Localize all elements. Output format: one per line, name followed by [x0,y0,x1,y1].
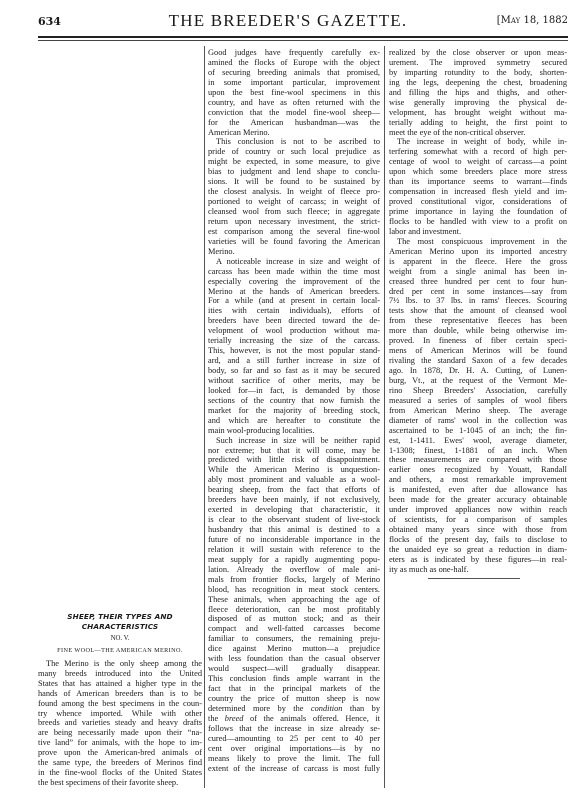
text-line: in the fine-wool flocks of the United St… [38,768,202,778]
text-line: and others, a most remarkable improvemen… [389,475,567,485]
text-line: Merino. [208,247,380,257]
text-line: ably most prominent and valuable as a wo… [208,475,380,485]
text-line: tive land” for animals, with the hope to… [38,738,202,748]
text-line: wise generally improving the physical de… [389,98,567,108]
text-line: without sacrifice of other merits, may b… [208,376,380,386]
text-line: meat supply for a rapidly augmenting pop… [208,555,380,565]
text-line: than its importance seems to warrant—fin… [389,177,567,187]
text-line: fleece deterioration, can be most profit… [208,605,380,615]
text-line: means likely to prove the limit. The ful… [208,754,380,764]
text-line: rino Sheep Breeders' Association, carefu… [389,386,567,396]
text-line: American Merino upon its imported ancest… [389,247,567,257]
text-line: the best specimens of their favorite she… [38,778,202,788]
text-line: cleansed wool from such fleece; in aggre… [208,207,380,217]
column-divider-1 [204,46,205,788]
column-1-body: The Merino is the only sheep among thema… [38,659,202,788]
text-line: burg, Vt., at the request of the Vermont… [389,376,567,386]
text-line: velopment, has brought weight without ma… [389,108,567,118]
text-line: the closest analysis. In weight of fleec… [208,187,380,197]
text-line: labor and investment. [389,227,567,237]
text-line: in some important particular, improvemen… [208,78,380,88]
text-line: try whence imported. While with other [38,709,202,719]
text-line: country, and have as often returned with… [208,98,380,108]
text-line: these measurements are compared with tho… [389,455,567,465]
text-line: ities with certain individuals), efforts… [208,306,380,316]
header-rule-thin [38,40,568,41]
text-line: earlier ones recognized by Youatt, Randa… [389,465,567,475]
text-line: future of no inconsiderable importance i… [208,535,380,545]
text-line: blood, has recognition in meat stock cen… [208,585,380,595]
text-line: breeders have been mainly, if not exclus… [208,495,380,505]
text-line: under improved appliances now within rea… [389,505,567,515]
text-line: of securing breeding animals that promis… [208,68,380,78]
text-line: ascertained to be 1-1045 of an inch; the… [389,426,567,436]
text-line: are being necessarily made upon their “n… [38,728,202,738]
column-3-body: realized by the close observer or upon m… [389,48,567,575]
text-line: The increase in weight of body, while in… [389,137,567,147]
text-line: rivaling the standard Saxon of a few dec… [389,356,567,366]
text-line: market for the majority of breeding stoc… [208,406,380,416]
text-line: dred per cent in some instances—say from [389,287,567,297]
text-line: ard, and a still further increase in siz… [208,356,380,366]
article-subtitle: FINE WOOL—THE AMERICAN MERINO. [38,646,202,656]
text-line: meet the eye of the non-critical observe… [389,128,567,138]
text-line: terially adding to height, the first poi… [389,118,567,128]
text-line: obtained many years since with those fro… [389,525,567,535]
text-line: carcass has been made within the time mo… [208,267,380,277]
text-line: sections of the country that now furnish… [208,396,380,406]
text-line: breeds and varieties steady and heavy dr… [38,718,202,728]
text-line: ity as much as one-half. [389,565,567,575]
text-line: of scientists, for a comparison of sampl… [389,515,567,525]
text-line: eters as is indicated by these figures—i… [389,555,567,565]
issue-date: [May 18, 1882 [497,15,568,26]
text-line: with less foundation than the casual obs… [208,654,380,664]
text-line: This conclusion is not to be ascribed to [208,137,380,147]
text-line: est comparison among the several fine-wo… [208,227,380,237]
text-line: looked for—in fact, is demanded by those [208,386,380,396]
date-month: May [501,15,521,26]
text-line: flocks to be handled with view to a prof… [389,217,567,227]
text-line: is apparent in the fleece. Here the gros… [389,257,567,267]
text-line: predicted with little risk of disappoint… [208,455,380,465]
text-line: flocks of the present day, fails to disc… [389,535,567,545]
text-line: ago. In 1878, Dr. H. A. Cutting, of Lune… [389,366,567,376]
text-line: and which are hereafter to constitute th… [208,416,380,426]
text-line: would suspect—will gradually disappear. [208,664,380,674]
text-line: return upon necessary investment, the st… [208,217,380,227]
text-line: familiar to consumers, the remaining pre… [208,634,380,644]
date-day-year: 18, 1882 [520,15,568,26]
text-line: from these representative fleeces has be… [389,316,567,326]
text-line: Merino at the hands of American breeders… [208,287,380,297]
text-line: ing the legs, deepening the chest, broad… [389,78,567,88]
text-line: Good judges have frequently carefully ex… [208,48,380,58]
text-line: many breeds introduced into the United [38,669,202,679]
text-line: might be expected, in some measure, to g… [208,157,380,167]
text-line: breeders have been directed toward the d… [208,316,380,326]
text-line: This, however, is not the most popular s… [208,346,380,356]
column-1: SHEEP, THEIR TYPES AND CHARACTERISTICS N… [38,612,202,788]
text-line: The most conspicuous improvement in the [389,237,567,247]
text-line: compact and well-fatted carcasses become [208,624,380,634]
text-line: For a while (and at present in certain l… [208,296,380,306]
text-line: been made for the greater accuracy obtai… [389,495,567,505]
text-line: bearing sheep, from the fact that effort… [208,485,380,495]
text-line: dice against Merino mutton—a prejudice [208,644,380,654]
text-line: fact that in the principal markets of th… [208,684,380,694]
text-line: country the price of mutton sheep is now [208,694,380,704]
text-line: body, so far and so fast as it may be se… [208,366,380,376]
text-line: terfering somewhat with a record of high… [389,147,567,157]
text-line: These animals, when approaching the age … [208,595,380,605]
text-line: relation it will sustain with reference … [208,545,380,555]
text-line: diameter of rams' wool in the collection… [389,416,567,426]
text-line: While the American Merino is unquestion- [208,465,380,475]
column-divider-2 [384,46,385,788]
text-line: the breed of the animals offered. Hence,… [208,714,380,724]
text-line: husbandry that this animal is destined t… [208,525,380,535]
text-line: amined the flocks of Europe with the obj… [208,58,380,68]
header-rule-thick [38,36,568,38]
text-line: proved constitutional vigor, considerati… [389,197,567,207]
text-line: bias to judgment and lend shape to concl… [208,167,380,177]
text-line: hands of American breeders than is to be [38,689,202,699]
text-line: lation. Already the overflow of male ani… [208,565,380,575]
text-line: sions. It will be found to be sustained … [208,177,380,187]
text-line: the unaided eye so great a reduction in … [389,545,567,555]
text-line: follows that the increase in size alread… [208,724,380,734]
text-line: The Merino is the only sheep among the [38,659,202,669]
text-line: exerted in developing that characteristi… [208,505,380,515]
text-line: disposed of as mutton stock; and as thei… [208,614,380,624]
text-line: is manifested, even after due allowance … [389,485,567,495]
text-line: mens of American Merinos will be found [389,346,567,356]
text-line: upon the best fine-wool specimens in thi… [208,88,380,98]
text-line: nor extreme; but that it will come, may … [208,446,380,456]
text-line: prove upon the American-bred animals of [38,748,202,758]
article-title: SHEEP, THEIR TYPES AND CHARACTERISTICS [38,612,202,632]
text-line: measured a series of samples of wool fib… [389,396,567,406]
masthead: 634 THE BREEDER'S GAZETTE. [May 18, 1882 [0,0,576,44]
text-line: compensation in increased flesh yield an… [389,187,567,197]
text-line: by imparting rotundity to the body, shor… [389,68,567,78]
text-line: is clear to the observant student of liv… [208,515,380,525]
column-2: Good judges have frequently carefully ex… [208,48,380,773]
text-line: portioned to weight of carcass; in weigh… [208,197,380,207]
article-number: NO. V. [38,634,202,644]
column-3: realized by the close observer or upon m… [389,48,567,575]
text-line: especially covering the improvement of t… [208,277,380,287]
article-end-rule [428,578,520,579]
text-line: This conclusion finds ample warrant in t… [208,674,380,684]
text-line: realized by the close observer or upon m… [389,48,567,58]
text-line: prime importance in laying the foundatio… [389,207,567,217]
text-line: more than double, while being otherwise … [389,326,567,336]
text-line: mals from frontier flocks, largely of Me… [208,575,380,585]
text-line: the same type, the breeders of Merinos f… [38,758,202,768]
text-line: varieties will be found favoring the Ame… [208,237,380,247]
text-line: American Merino. [208,128,380,138]
text-line: main wool-producing localities. [208,426,380,436]
text-line: determined more by the condition than by [208,704,380,714]
text-line: est, 1-1411. Ewes' wool, average diamete… [389,436,567,446]
text-line: weight from a single animal has been in- [389,267,567,277]
text-line: States that has attained a higher type i… [38,679,202,689]
text-line: extent of the increase of carcass is mos… [208,764,380,774]
text-line: urement. The improved symmetry secured [389,58,567,68]
publication-title: THE BREEDER'S GAZETTE. [0,11,576,31]
text-line: for the American husbandman—was the [208,118,380,128]
text-line: from American Merino sheep. The average [389,406,567,416]
text-line: proved. In fineness of fiber certain spe… [389,336,567,346]
text-line: 7½ lbs. to 37 lbs. in rams' fleeces. Sco… [389,296,567,306]
text-line: upon which some breeders place more stre… [389,167,567,177]
text-line: pride of country or such local prejudice… [208,147,380,157]
column-2-body: Good judges have frequently carefully ex… [208,48,380,773]
text-line: tests show that the amount of cleansed w… [389,306,567,316]
text-line: terially increasing the size of the carc… [208,336,380,346]
text-line: creased three hundred per cent to four h… [389,277,567,287]
text-line: 1-1308; finest, 1-1881 of an inch. When [389,446,567,456]
text-line: cent over original importations—is by no [208,744,380,754]
text-line: Such increase in size will be neither ra… [208,436,380,446]
text-line: cured—amounting to 25 per cent to 40 per [208,734,380,744]
text-line: found among the best specimens in the co… [38,699,202,709]
text-line: and filling the hips and thighs, and oth… [389,88,567,98]
text-line: A noticeable increase in size and weight… [208,257,380,267]
text-line: velopment of wool production without ma- [208,326,380,336]
text-line: centage of wool to weight of carcass—a p… [389,157,567,167]
text-line: conviction that the model fine-wool shee… [208,108,380,118]
